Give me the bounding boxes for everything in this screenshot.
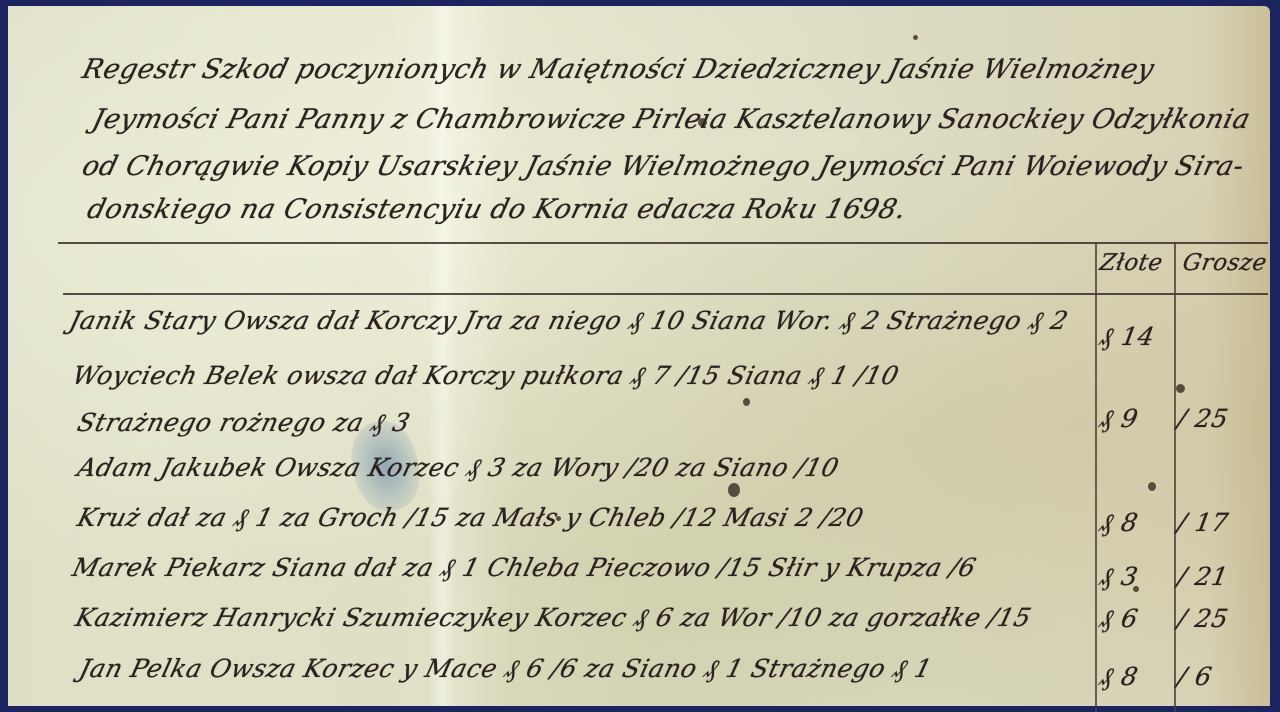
entry-text: Kruż dał za ₰ 1 za Groch /15 za Małs y C… <box>74 503 866 533</box>
entry-grosze: / 17 <box>1175 508 1230 537</box>
entry-grosze: / 6 <box>1175 662 1214 691</box>
photo-frame: Regestr Szkod poczynionych w Maiętności … <box>0 0 1280 695</box>
entry-zlote: ₰ 14 <box>1097 322 1157 352</box>
entry-text: Marek Piekarz Siana dał za ₰ 1 Chleba Pi… <box>69 553 979 583</box>
ink-speck <box>1176 384 1185 393</box>
ink-speck <box>913 35 918 40</box>
entry-text: Adam Jakubek Owsza Korzec ₰ 3 za Wory /2… <box>74 453 842 483</box>
title-line-4: donskiego na Consistencyiu do Kornia eda… <box>84 194 910 225</box>
entry-zlote: ₰ 3 <box>1097 562 1140 592</box>
column-header-zlote: Złote <box>1098 250 1165 276</box>
entry-grosze: / 25 <box>1175 604 1230 633</box>
entry-zlote: ₰ 8 <box>1097 662 1140 692</box>
title-line-1: Regestr Szkod poczynionych w Maiętności … <box>79 54 1157 85</box>
title-line-2: Jeymości Pani Panny z Chambrowicze Pirle… <box>89 104 1254 135</box>
ink-speck <box>728 483 740 497</box>
column-rule-grosze <box>1174 242 1176 695</box>
header-rule-bottom <box>63 293 1268 295</box>
entry-grosze: / 25 <box>1175 404 1230 433</box>
entry-text: Kazimierz Hanrycki Szumieczykey Korzec ₰… <box>72 603 1034 633</box>
ink-speck <box>743 398 750 406</box>
ink-speck <box>1148 482 1156 491</box>
entry-zlote: ₰ 6 <box>1097 604 1140 634</box>
entry-zlote: ₰ 8 <box>1097 508 1140 538</box>
header-rule-top <box>58 242 1268 244</box>
column-rule-zlote <box>1095 242 1097 695</box>
entry-grosze: / 21 <box>1175 562 1230 591</box>
entry-text: Woyciech Belek owsza dał Korczy pułkora … <box>69 361 902 391</box>
paper-sheet: Regestr Szkod poczynionych w Maiętności … <box>8 6 1270 695</box>
title-line-3: od Chorągwie Kopiy Usarskiey Jaśnie Wiel… <box>79 151 1247 182</box>
entry-text: Strażnego rożnego za ₰ 3 <box>74 408 413 438</box>
column-header-grosze: Grosze <box>1181 250 1269 276</box>
entry-text: Jan Pelka Owsza Korzec y Mace ₰ 6 /6 za … <box>76 654 935 684</box>
entry-zlote: ₰ 9 <box>1097 404 1140 434</box>
entry-text: Janik Stary Owsza dał Korczy Jra za nieg… <box>66 306 1071 336</box>
